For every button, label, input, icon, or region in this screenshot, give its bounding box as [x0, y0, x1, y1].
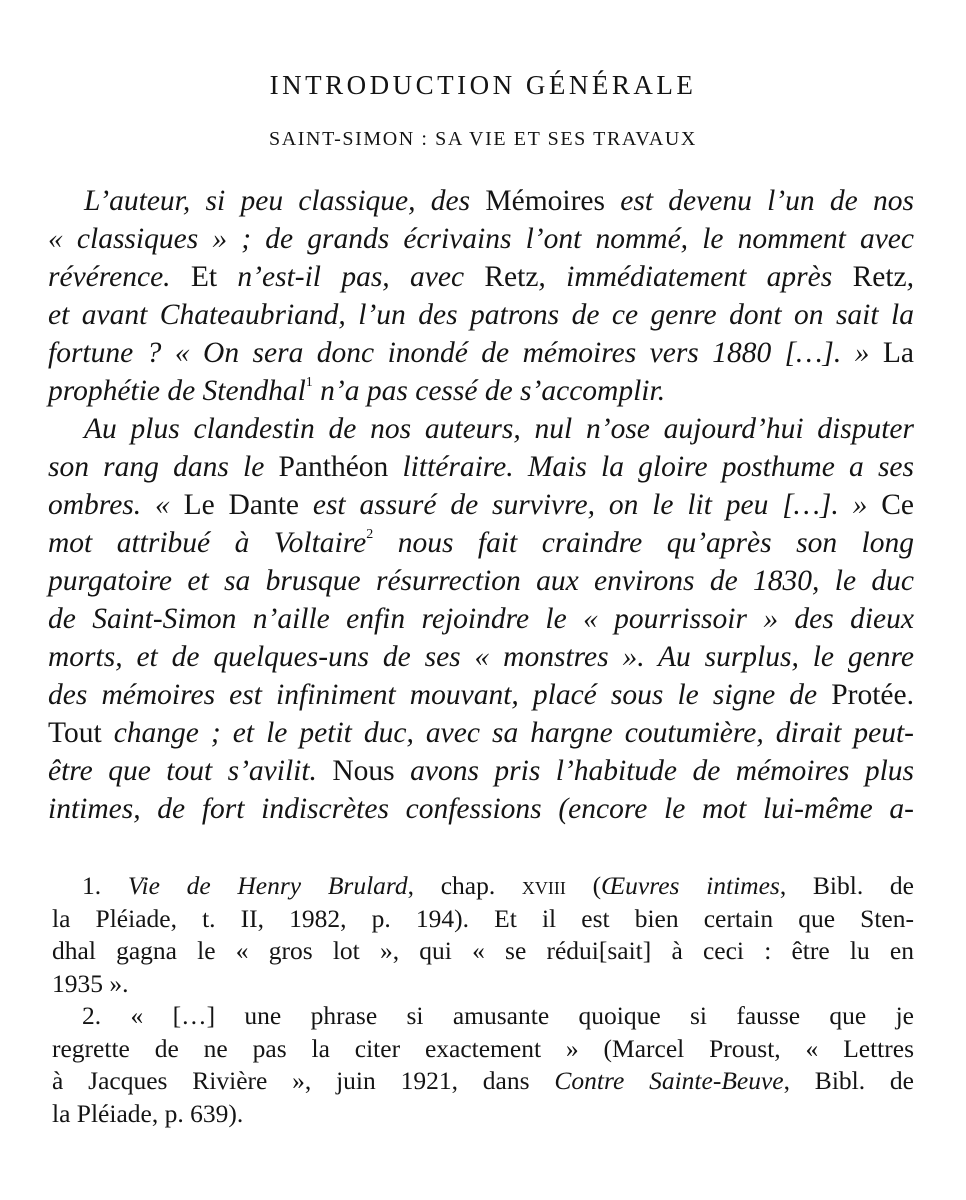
text-segment: son rang dans le: [48, 451, 279, 483]
footnote-line: regrette de ne pas la citer exactement »…: [52, 1033, 914, 1066]
text-segment: être que tout s’avilit.: [48, 755, 332, 787]
text-segment: ,: [907, 261, 914, 293]
paragraph-2: Au plus clandestin de nos auteurs, nul n…: [48, 410, 914, 828]
text-segment: révérence.: [48, 261, 191, 293]
text-line: Au plus clandestin de nos auteurs, nul n…: [48, 410, 914, 448]
text-line: et avant Chateaubriand, l’un des patrons…: [48, 296, 914, 334]
footnote-ref-1[interactable]: 1: [306, 375, 313, 390]
footnote-line: dhal gagna le « gros lot », qui « se réd…: [52, 935, 914, 968]
text-line: prophétie de Stendhal1 n’a pas cessé de …: [48, 372, 914, 410]
text-segment: Protée.: [831, 679, 914, 711]
text-segment: est devenu l’un de nos: [605, 185, 914, 217]
text-segment: , immédiatement après: [538, 261, 852, 293]
footnote-line: 1. Vie de Henry Brulard, chap. xviii (Œu…: [52, 870, 914, 903]
text-segment: xviii: [522, 871, 566, 900]
text-segment: Contre Sainte-Beuve: [554, 1066, 783, 1095]
text-segment: Œuvres intimes: [601, 871, 780, 900]
footnote-number: 2.: [82, 1001, 101, 1030]
text-line: purgatoire et sa brusque résurrection au…: [48, 562, 914, 600]
name-retz: Retz: [853, 261, 907, 293]
text-line: révérence. Et n’est-il pas, avec Retz, i…: [48, 258, 914, 296]
footnote-line: 1935 ».: [52, 968, 914, 1001]
text-segment: L’auteur, si peu classique, des: [84, 185, 485, 217]
text-line: « classiques » ; de grands écrivains l’o…: [48, 220, 914, 258]
book-title-memoires: Mémoires: [485, 185, 605, 217]
text-segment: , Bibl. de: [780, 871, 914, 900]
text-line: intimes, de fort indiscrètes confessions…: [48, 790, 914, 828]
text-line: morts, et de quelques-uns de ses « monst…: [48, 638, 914, 676]
text-segment: fortune ? « On sera donc inondé de mémoi…: [48, 337, 883, 369]
footnotes: 1. Vie de Henry Brulard, chap. xviii (Œu…: [52, 870, 914, 1130]
text-segment: change ; et le petit duc, avec sa hargne…: [102, 717, 914, 749]
text-segment: Tout: [48, 717, 102, 749]
footnote-2: 2. « […] une phrase si amusante quoique …: [52, 1000, 914, 1130]
text-segment: (: [566, 871, 601, 900]
text-segment: n’a pas cessé de s’accomplir.: [313, 375, 665, 407]
name-retz: Retz: [484, 261, 538, 293]
text-segment: est assuré de survivre, on le lit peu [……: [299, 489, 881, 521]
footnote-1: 1. Vie de Henry Brulard, chap. xviii (Œu…: [52, 870, 914, 1000]
paragraph-1: L’auteur, si peu classique, des Mémoires…: [48, 182, 914, 410]
text-segment: Et: [191, 261, 217, 293]
footnote-line: 2. « […] une phrase si amusante quoique …: [52, 1000, 914, 1033]
text-segment: nous fait craindre qu’après son long: [373, 527, 914, 559]
text-segment: prophétie de Stendhal: [48, 375, 306, 407]
text-segment: « […] une phrase si amusante quoique si …: [130, 1001, 914, 1030]
page-title: INTRODUCTION GÉNÉRALE: [0, 70, 966, 101]
text-segment: Le Dante: [184, 489, 299, 521]
text-line: ombres. « Le Dante est assuré de survivr…: [48, 486, 914, 524]
section-title: SAINT-SIMON : SA VIE ET SES TRAVAUX: [0, 128, 966, 151]
text-line: des mémoires est infiniment mouvant, pla…: [48, 676, 914, 714]
footnote-line: la Pléiade, p. 639).: [52, 1098, 914, 1131]
footnote-number: 1.: [82, 871, 101, 900]
text-segment: Au surplus, le genre: [658, 641, 914, 673]
text-segment: morts, et de quelques-uns de ses « monst…: [48, 641, 658, 673]
text-segment: , Bibl. de: [784, 1066, 914, 1095]
text-line: de Saint-Simon n’aille enfin rejoindre l…: [48, 600, 914, 638]
text-line: mot attribué à Voltaire2 nous fait crain…: [48, 524, 914, 562]
text-segment: mot attribué à Voltaire: [48, 527, 366, 559]
text-line: Tout change ; et le petit duc, avec sa h…: [48, 714, 914, 752]
text-segment: Vie de Henry Brulard: [128, 871, 408, 900]
text-line: L’auteur, si peu classique, des Mémoires…: [48, 182, 914, 220]
text-segment: à Jacques Rivière », juin 1921, dans: [52, 1066, 554, 1095]
text-segment: littéraire. Mais la gloire posthume a se…: [388, 451, 914, 483]
text-line: être que tout s’avilit. Nous avons pris …: [48, 752, 914, 790]
body-text: L’auteur, si peu classique, des Mémoires…: [48, 182, 914, 828]
text-segment: Ce: [881, 489, 914, 521]
text-segment: La: [883, 337, 914, 369]
text-segment: , chap.: [408, 871, 522, 900]
footnote-line: la Pléiade, t. II, 1982, p. 194). Et il …: [52, 903, 914, 936]
footnote-ref-2[interactable]: 2: [366, 527, 373, 542]
text-segment: avons pris l’habitude de mémoires plus: [395, 755, 914, 787]
text-line: fortune ? « On sera donc inondé de mémoi…: [48, 334, 914, 372]
footnote-line: à Jacques Rivière », juin 1921, dans Con…: [52, 1065, 914, 1098]
text-segment: ombres. «: [48, 489, 184, 521]
text-segment: des mémoires est infiniment mouvant, pla…: [48, 679, 831, 711]
text-line: son rang dans le Panthéon littéraire. Ma…: [48, 448, 914, 486]
text-segment: Nous: [332, 755, 394, 787]
text-segment: Panthéon: [279, 451, 389, 483]
text-segment: n’est-il pas, avec: [217, 261, 484, 293]
